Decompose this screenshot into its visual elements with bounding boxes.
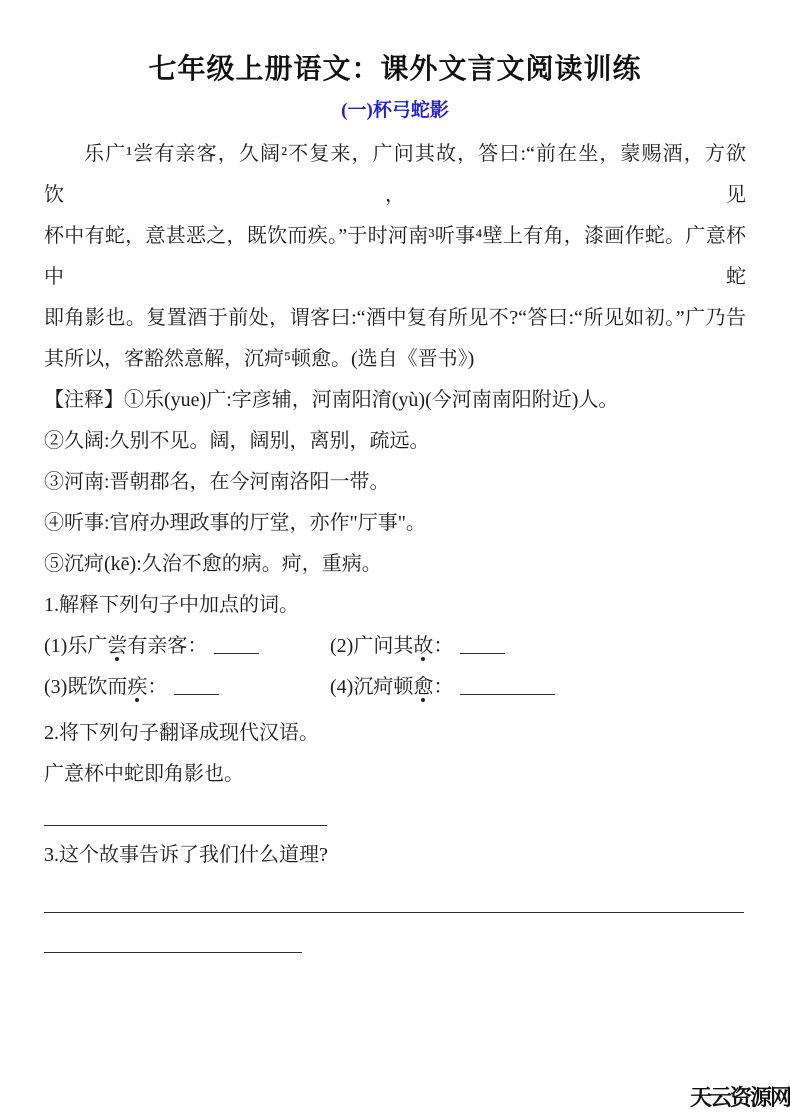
answer-blank — [174, 679, 219, 695]
answer-blank-row — [44, 912, 746, 952]
question-2-heading: 2.将下列句子翻译成现代汉语。 — [44, 713, 746, 754]
page-title: 七年级上册语文：课外文言文阅读训练 — [44, 52, 746, 88]
watermark: 天云资源网 — [690, 1081, 790, 1112]
emphasized-word: 疾 — [127, 676, 147, 698]
sub-question-3: (3)既饮而疾： — [44, 667, 330, 708]
emphasized-word: 尝 — [107, 635, 127, 657]
question-3-heading: 3.这个故事告诉了我们什么道理? — [44, 835, 746, 876]
note-item: ⑤沉疴(kē):久治不愈的病。疴，重病。 — [44, 544, 746, 585]
question-3: 3.这个故事告诉了我们什么道理? — [44, 835, 746, 952]
notes-section: 【注释】①乐(yue)广:字彦辅，河南阳淯(yù)(今河南南阳附近)人。 ②久阔… — [44, 380, 746, 585]
answer-blank — [460, 638, 505, 654]
question-1-row-1: (1)乐广尝有亲客： (2)广问其故： — [44, 626, 746, 667]
answer-blank — [44, 795, 327, 826]
passage-line: 其所以，客豁然意解，沉疴⁵顿愈。(选自《晋书》) — [44, 339, 746, 380]
sub-question-text: (1)乐广 — [44, 635, 107, 657]
section-subtitle: (一)杯弓蛇影 — [44, 98, 746, 124]
sub-question-text: 有亲客： — [127, 635, 207, 657]
passage-line: 即角影也。复置酒于前处，谓客曰:“酒中复有所见不?“答曰:“所见如初。”广乃告 — [44, 298, 746, 339]
question-1-row-2: (3)既饮而疾： (4)沉疴顿愈： — [44, 667, 746, 708]
sub-question-text: (2)广问其 — [330, 635, 413, 657]
answer-blank — [44, 912, 302, 953]
answer-blank-row — [44, 795, 746, 825]
question-2-sentence: 广意杯中蛇即角影也。 — [44, 754, 746, 795]
question-1: 1.解释下列句子中加点的词。 (1)乐广尝有亲客： (2)广问其故： (3)既饮… — [44, 585, 746, 708]
answer-blank-row — [44, 876, 746, 912]
emphasized-word: 故 — [413, 635, 433, 657]
sub-question-text: ： — [433, 676, 453, 698]
sub-question-text: ： — [433, 635, 453, 657]
sub-question-text: ： — [147, 676, 167, 698]
passage-line: 乐广¹尝有亲客，久阔²不复来，广问其故，答曰:“前在坐，蒙赐酒，方欲饮，见 — [44, 134, 746, 216]
answer-blank — [460, 679, 555, 695]
passage-line: 杯中有蛇，意甚恶之，既饮而疾。”于时河南³听事⁴壁上有角，漆画作蛇。广意杯中蛇 — [44, 216, 746, 298]
sub-question-text: (3)既饮而 — [44, 676, 127, 698]
worksheet-page: 七年级上册语文：课外文言文阅读训练 (一)杯弓蛇影 乐广¹尝有亲客，久阔²不复来… — [0, 0, 790, 1118]
answer-blank — [44, 876, 744, 913]
note-item: ③河南:晋朝郡名，在今河南洛阳一带。 — [44, 462, 746, 503]
sub-question-text: (4)沉疴顿 — [330, 676, 413, 698]
answer-blank — [214, 638, 259, 654]
emphasized-word: 愈 — [413, 676, 433, 698]
sub-question-1: (1)乐广尝有亲客： — [44, 626, 330, 667]
note-item: ④听事:官府办理政事的厅堂，亦作"厅事"。 — [44, 503, 746, 544]
passage: 乐广¹尝有亲客，久阔²不复来，广问其故，答曰:“前在坐，蒙赐酒，方欲饮，见 杯中… — [44, 134, 746, 380]
note-item: ②久阔:久别不见。阔，阔别，离别，疏远。 — [44, 421, 746, 462]
question-2: 2.将下列句子翻译成现代汉语。 广意杯中蛇即角影也。 — [44, 713, 746, 825]
note-item: 【注释】①乐(yue)广:字彦辅，河南阳淯(yù)(今河南南阳附近)人。 — [44, 380, 746, 421]
sub-question-2: (2)广问其故： — [330, 626, 746, 667]
question-1-heading: 1.解释下列句子中加点的词。 — [44, 585, 746, 626]
sub-question-4: (4)沉疴顿愈： — [330, 667, 746, 708]
